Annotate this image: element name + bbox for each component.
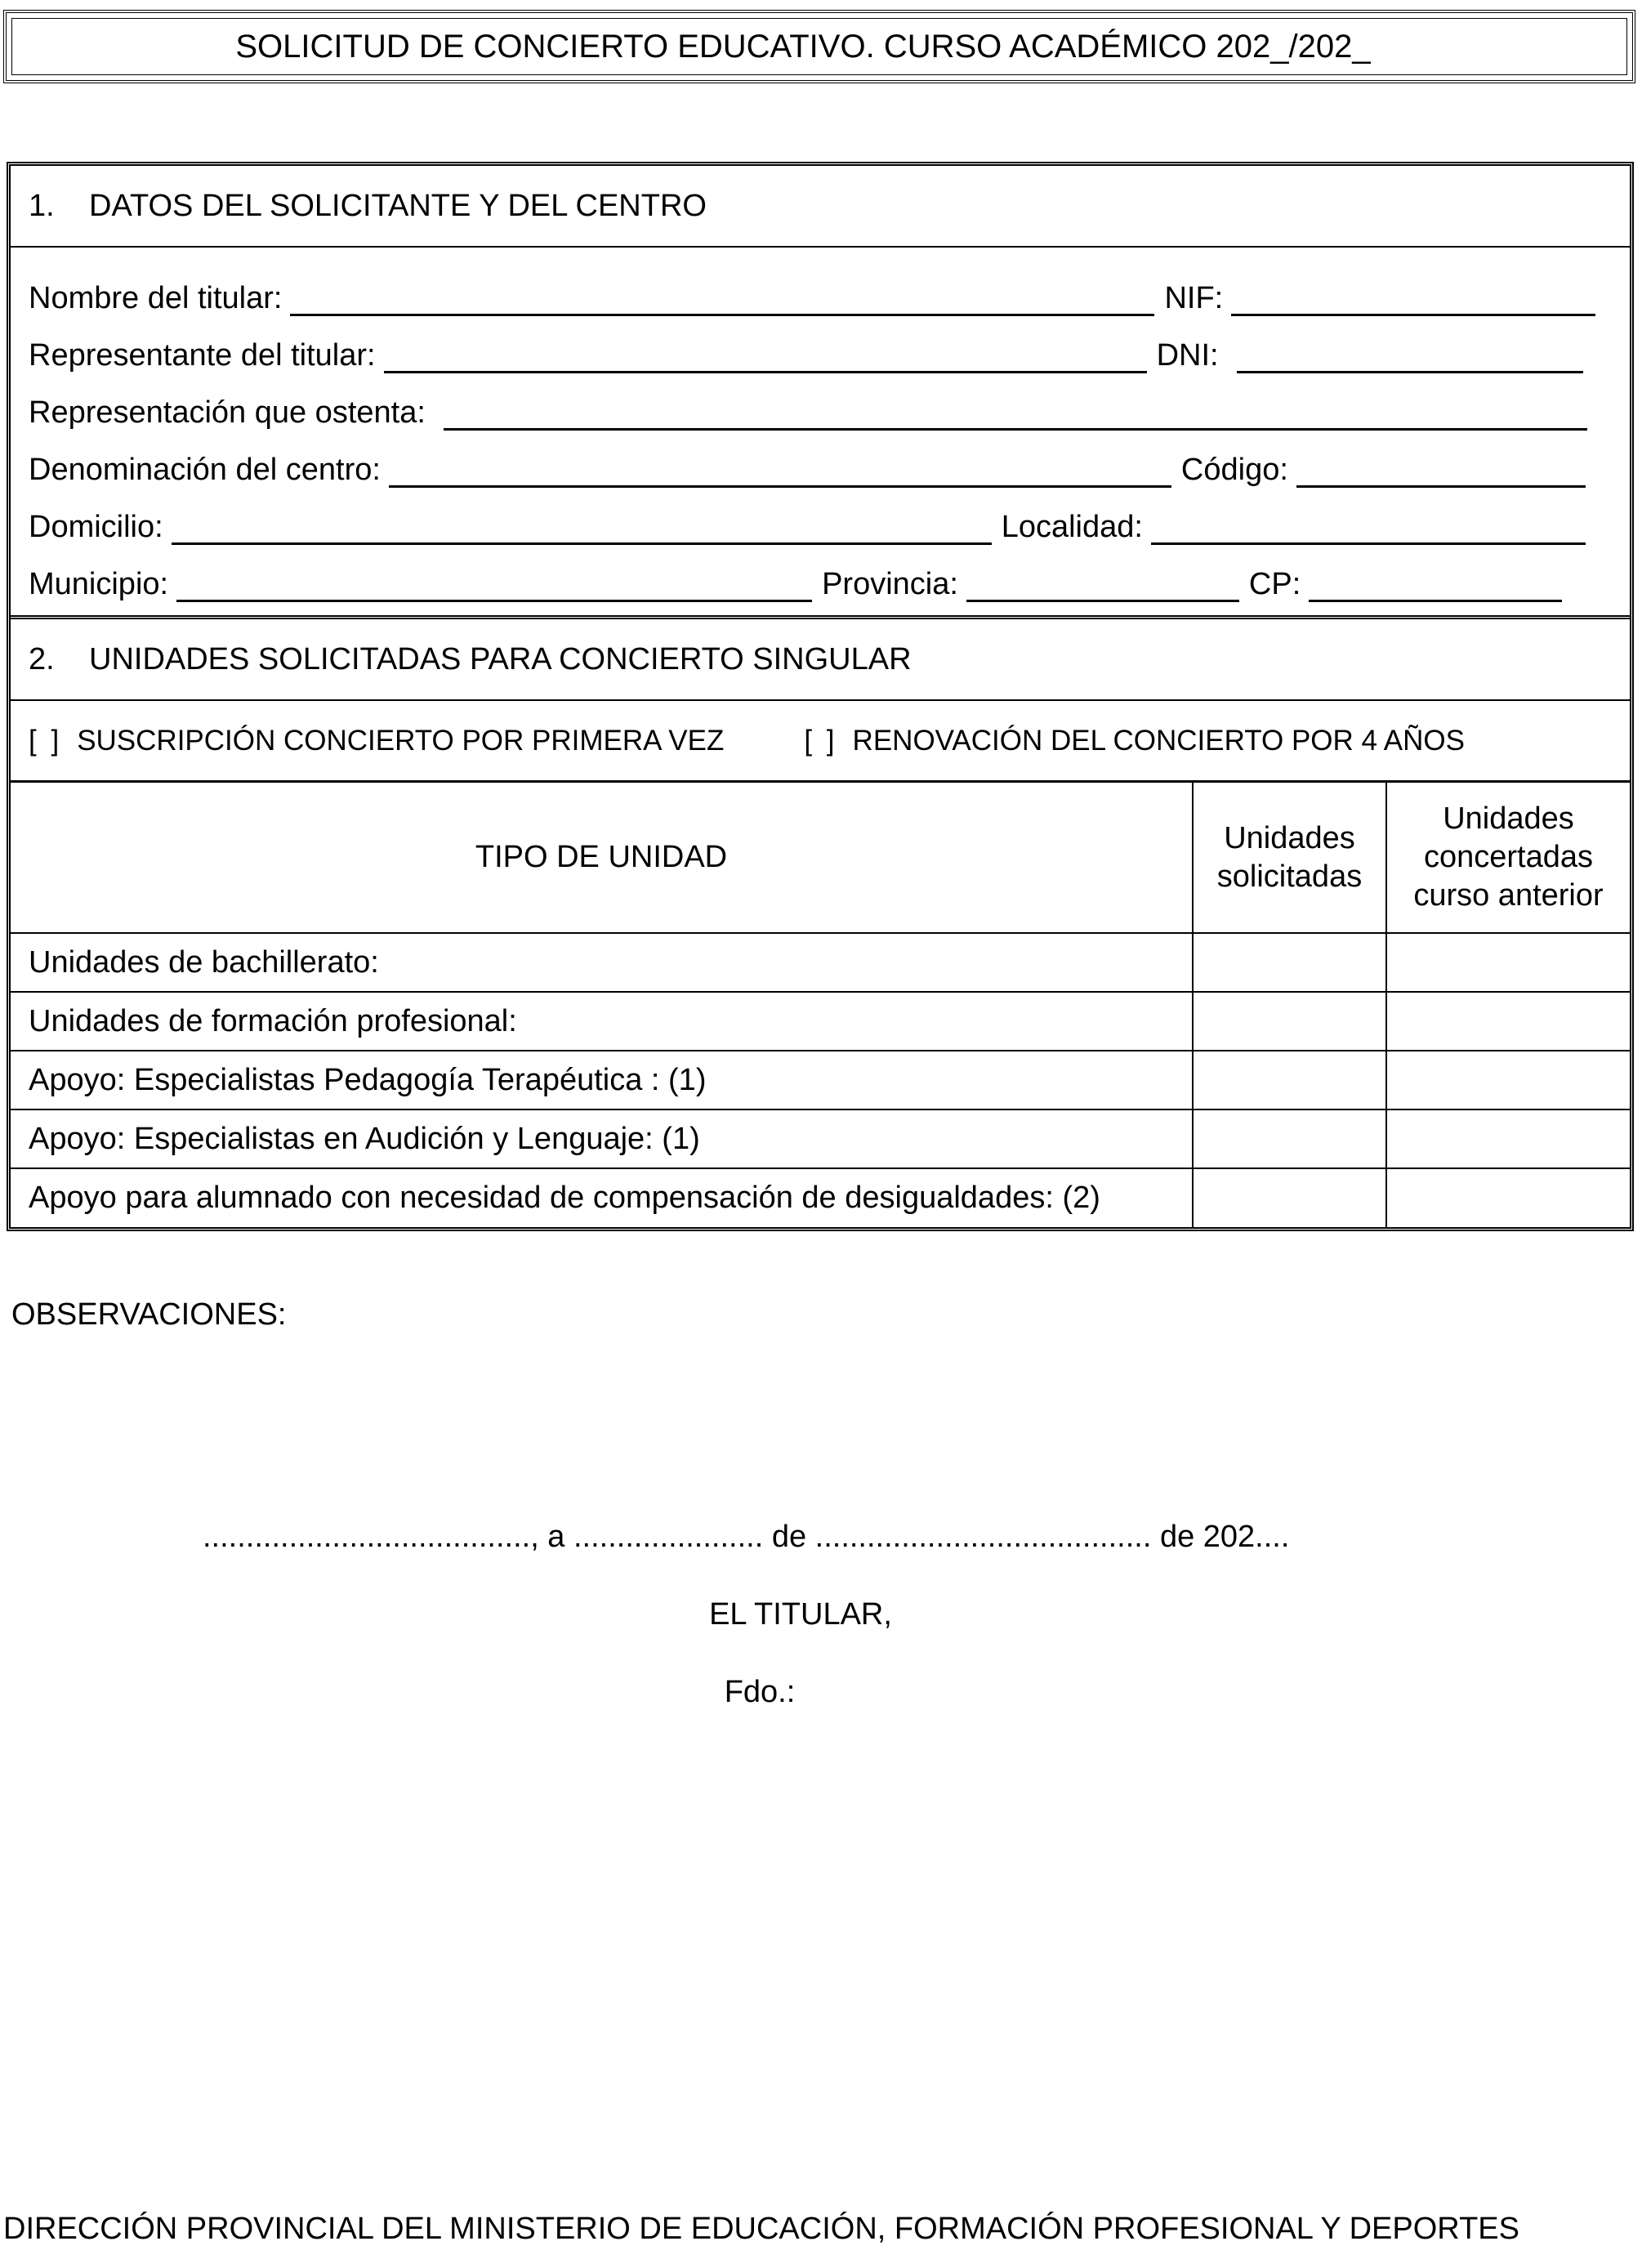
application-form: 1. DATOS DEL SOLICITANTE Y DEL CENTRO No… (7, 162, 1634, 1231)
row-solicitadas-cell[interactable] (1193, 1109, 1386, 1168)
municipio-label: Municipio: (29, 567, 176, 602)
table-row: Unidades de formación profesional: (11, 992, 1630, 1051)
row-tipo: Apoyo: Especialistas Pedagogía Terapéuti… (11, 1051, 1193, 1109)
section1-number: 1. (29, 189, 89, 224)
row-solicitadas-cell[interactable] (1193, 992, 1386, 1051)
dni-label: DNI: (1157, 338, 1237, 373)
observaciones-label: OBSERVACIONES: (11, 1297, 286, 1333)
header-unidades-concertadas: Unidades concertadas curso anterior (1386, 783, 1630, 933)
row-tipo: Apoyo: Especialistas en Audición y Lengu… (11, 1109, 1193, 1168)
table-row: Unidades de bachillerato: (11, 933, 1630, 992)
checkbox-suscripcion[interactable]: [ ] (29, 725, 62, 757)
cp-label: CP: (1249, 567, 1309, 602)
row-solicitadas-cell[interactable] (1193, 933, 1386, 992)
row-tipo: Unidades de formación profesional: (11, 992, 1193, 1051)
nombre-titular-label: Nombre del titular: (29, 281, 290, 316)
provincia-field[interactable] (966, 569, 1239, 602)
row-tipo: Apoyo para alumnado con necesidad de com… (11, 1168, 1193, 1227)
row-solicitadas-cell[interactable] (1193, 1168, 1386, 1227)
units-table: TIPO DE UNIDAD Unidades solicitadas Unid… (11, 783, 1630, 1227)
section2-number: 2. (29, 642, 89, 677)
municipio-field[interactable] (176, 569, 812, 602)
section1-header: 1. DATOS DEL SOLICITANTE Y DEL CENTRO (11, 166, 1630, 248)
units-table-header: TIPO DE UNIDAD Unidades solicitadas Unid… (11, 783, 1630, 933)
row-representante-dni: Representante del titular: DNI: (29, 316, 1612, 373)
header-tipo-unidad: TIPO DE UNIDAD (11, 783, 1193, 933)
signature-fdo[interactable]: Fdo.: (0, 1675, 1560, 1710)
option-suscripcion-label: SUSCRIPCIÓN CONCIERTO POR PRIMERA VEZ (77, 725, 724, 757)
row-domicilio-localidad: Domicilio: Localidad: (29, 488, 1612, 545)
table-row: Apoyo: Especialistas en Audición y Lengu… (11, 1109, 1630, 1168)
row-municipio-provincia-cp: Municipio: Provincia: CP: (29, 545, 1612, 602)
concierto-options: [ ] SUSCRIPCIÓN CONCIERTO POR PRIMERA VE… (11, 701, 1630, 783)
section2-heading: UNIDADES SOLICITADAS PARA CONCIERTO SING… (89, 642, 912, 677)
domicilio-label: Domicilio: (29, 510, 172, 545)
nombre-titular-field[interactable] (290, 283, 1154, 316)
codigo-field[interactable] (1296, 455, 1586, 488)
document-title: SOLICITUD DE CONCIERTO EDUCATIVO. CURSO … (235, 29, 1370, 65)
provincia-label: Provincia: (822, 567, 966, 602)
localidad-field[interactable] (1151, 512, 1586, 545)
localidad-label: Localidad: (1002, 510, 1151, 545)
section1-fields: Nombre del titular: NIF: Representante d… (11, 248, 1630, 615)
denominacion-label: Denominación del centro: (29, 453, 389, 488)
document-title-box: SOLICITUD DE CONCIERTO EDUCATIVO. CURSO … (3, 10, 1635, 83)
representacion-label: Representación que ostenta: (29, 395, 444, 431)
row-tipo: Unidades de bachillerato: (11, 933, 1193, 992)
checkbox-renovacion[interactable]: [ ] (804, 725, 837, 757)
row-representacion: Representación que ostenta: (29, 373, 1612, 431)
table-row: Apoyo para alumnado con necesidad de com… (11, 1168, 1630, 1227)
representante-field[interactable] (384, 341, 1147, 373)
section2-header: 2. UNIDADES SOLICITADAS PARA CONCIERTO S… (11, 619, 1630, 701)
place-date-line[interactable]: ......................................, … (203, 1520, 1289, 1555)
row-concertadas-cell[interactable] (1386, 1109, 1630, 1168)
cp-field[interactable] (1309, 569, 1562, 602)
dni-field[interactable] (1237, 341, 1583, 373)
row-concertadas-cell[interactable] (1386, 933, 1630, 992)
table-row: Apoyo: Especialistas Pedagogía Terapéuti… (11, 1051, 1630, 1109)
option-renovacion[interactable]: [ ] RENOVACIÓN DEL CONCIERTO POR 4 AÑOS (804, 725, 1465, 757)
row-concertadas-cell[interactable] (1386, 1051, 1630, 1109)
domicilio-field[interactable] (172, 512, 992, 545)
nif-field[interactable] (1231, 283, 1595, 316)
signer-title: EL TITULAR, (0, 1597, 1601, 1632)
codigo-label: Código: (1181, 453, 1296, 488)
representante-label: Representante del titular: (29, 338, 384, 373)
footer-addressee: DIRECCIÓN PROVINCIAL DEL MINISTERIO DE E… (3, 2212, 1519, 2247)
header-unidades-solicitadas: Unidades solicitadas (1193, 783, 1386, 933)
denominacion-field[interactable] (389, 455, 1171, 488)
row-concertadas-cell[interactable] (1386, 1168, 1630, 1227)
row-nombre-nif: Nombre del titular: NIF: (29, 259, 1612, 316)
option-renovacion-label: RENOVACIÓN DEL CONCIERTO POR 4 AÑOS (853, 725, 1465, 757)
option-suscripcion[interactable]: [ ] SUSCRIPCIÓN CONCIERTO POR PRIMERA VE… (29, 725, 724, 757)
section2: 2. UNIDADES SOLICITADAS PARA CONCIERTO S… (11, 615, 1630, 1227)
row-solicitadas-cell[interactable] (1193, 1051, 1386, 1109)
representacion-field[interactable] (444, 398, 1587, 431)
row-denominacion-codigo: Denominación del centro: Código: (29, 431, 1612, 488)
nif-label: NIF: (1164, 281, 1231, 316)
section1-heading: DATOS DEL SOLICITANTE Y DEL CENTRO (89, 189, 707, 224)
row-concertadas-cell[interactable] (1386, 992, 1630, 1051)
